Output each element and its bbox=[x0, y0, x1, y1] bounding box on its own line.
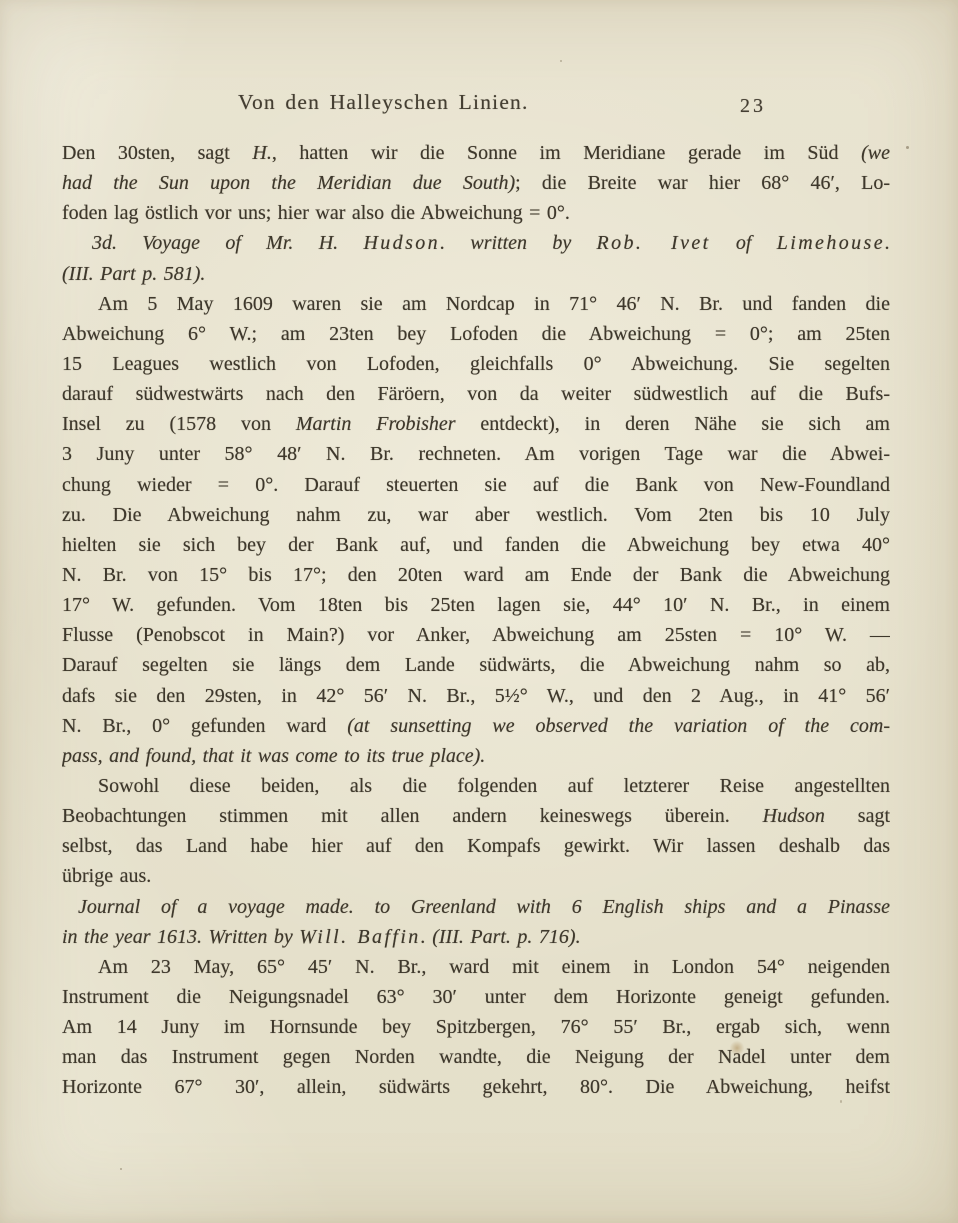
text-segment: zu. Die Abweichung nahm zu, war aber wes… bbox=[62, 504, 890, 526]
text-segment: ; die Breite war hier 68° 46′, Lo- bbox=[515, 172, 890, 194]
text-segment: darauf südwestwärts nach den Färöern, vo… bbox=[62, 383, 890, 405]
text-line: in the year 1613. Written by Will. Baffi… bbox=[62, 922, 890, 952]
text-line: Instrument die Neigungsnadel 63° 30′ unt… bbox=[62, 982, 890, 1012]
text-segment: (III. Part p. 581). bbox=[62, 263, 205, 285]
text-segment: . bbox=[885, 232, 890, 254]
text-segment: N. Br., 0° gefunden ward bbox=[62, 715, 347, 737]
text-segment: . (III. Part. p. 716). bbox=[421, 926, 581, 948]
text-segment: hielten sie sich bey der Bank auf, und f… bbox=[62, 534, 890, 556]
text-segment: Martin Frobisher bbox=[296, 413, 456, 435]
text-line: Horizonte 67° 30′, allein, südwärts geke… bbox=[62, 1072, 890, 1102]
text-segment: of bbox=[711, 232, 777, 254]
text-segment: Limehouse bbox=[777, 232, 885, 254]
text-segment: 15 Leagues westlich von Lofoden, gleichf… bbox=[62, 353, 890, 375]
text-segment: H. bbox=[252, 142, 271, 164]
paper-stain bbox=[730, 1040, 744, 1056]
text-segment: Abweichung 6° W.; am 23ten bey Lofoden d… bbox=[62, 323, 890, 345]
book-page-scan: Von den Halleyschen Linien. 23 Den 30ste… bbox=[0, 0, 958, 1223]
text-segment: entdeckt), in deren Nähe sie sich am bbox=[456, 413, 890, 435]
text-segment: chung wieder = 0°. Darauf steuerten sie … bbox=[62, 474, 890, 496]
text-segment: 3d. Voyage of Mr. H. bbox=[92, 232, 363, 254]
text-segment: in the year 1613. Written by bbox=[62, 926, 299, 948]
text-line: Flusse (Penobscot in Main?) vor Anker, A… bbox=[62, 620, 890, 650]
text-line: Am 23 May, 65° 45′ N. Br., ward mit eine… bbox=[62, 952, 890, 982]
page-number: 23 bbox=[740, 95, 766, 118]
text-segment: , hatten wir die Sonne im Meridiane gera… bbox=[272, 142, 861, 164]
text-segment: Instrument die Neigungsnadel 63° 30′ unt… bbox=[62, 986, 890, 1008]
text-segment: Am 14 Juny im Hornsunde bey Spitzbergen,… bbox=[62, 1016, 890, 1038]
text-segment: Sowohl diese beiden, als die folgenden a… bbox=[98, 775, 890, 797]
text-line: hielten sie sich bey der Bank auf, und f… bbox=[62, 530, 890, 560]
text-line: Insel zu (1578 von Martin Frobisher entd… bbox=[62, 409, 890, 439]
text-line: had the Sun upon the Meridian due South)… bbox=[62, 168, 890, 198]
text-line: darauf südwestwärts nach den Färöern, vo… bbox=[62, 379, 890, 409]
text-line: Beobachtungen stimmen mit allen andern k… bbox=[62, 801, 890, 831]
text-segment: Will. Baffin bbox=[299, 926, 420, 948]
text-segment: Den 30sten, sagt bbox=[62, 142, 252, 164]
text-segment: dafs sie den 29sten, in 42° 56′ N. Br., … bbox=[62, 685, 890, 707]
text-line: man das Instrument gegen Norden wandte, … bbox=[62, 1042, 890, 1072]
text-segment: pass, and found, that it was come to its… bbox=[62, 745, 485, 767]
text-line: Am 5 May 1609 waren sie am Nordcap in 71… bbox=[62, 289, 890, 319]
paper-speck bbox=[560, 60, 562, 62]
text-line: N. Br., 0° gefunden ward (at sunsetting … bbox=[62, 711, 890, 741]
text-segment: man das Instrument gegen Norden wandte, … bbox=[62, 1046, 890, 1068]
text-segment: 17° W. gefunden. Vom 18ten bis 25ten lag… bbox=[62, 594, 890, 616]
text-line: pass, and found, that it was come to its… bbox=[62, 741, 890, 771]
text-line: (III. Part p. 581). bbox=[62, 259, 890, 289]
text-line: Darauf segelten sie längs dem Lande südw… bbox=[62, 650, 890, 680]
text-line: Journal of a voyage made. to Greenland w… bbox=[62, 892, 890, 922]
text-line: 3d. Voyage of Mr. H. Hudson. written by … bbox=[62, 228, 890, 258]
text-segment: (we bbox=[861, 142, 890, 164]
page-title: Von den Halleyschen Linien. bbox=[238, 90, 529, 115]
text-segment: Insel zu (1578 von bbox=[62, 413, 296, 435]
paper-speck bbox=[906, 146, 909, 149]
text-segment: Hudson bbox=[363, 232, 440, 254]
text-line: dafs sie den 29sten, in 42° 56′ N. Br., … bbox=[62, 681, 890, 711]
text-line: 17° W. gefunden. Vom 18ten bis 25ten lag… bbox=[62, 590, 890, 620]
text-segment: Horizonte 67° 30′, allein, südwärts geke… bbox=[62, 1076, 890, 1098]
text-segment: Am 5 May 1609 waren sie am Nordcap in 71… bbox=[98, 293, 890, 315]
text-segment: Darauf segelten sie längs dem Lande südw… bbox=[62, 654, 890, 676]
text-line: Am 14 Juny im Hornsunde bey Spitzbergen,… bbox=[62, 1012, 890, 1042]
text-segment: had the Sun upon the Meridian due South) bbox=[62, 172, 515, 194]
text-line: zu. Die Abweichung nahm zu, war aber wes… bbox=[62, 500, 890, 530]
text-segment: Flusse (Penobscot in Main?) vor Anker, A… bbox=[62, 624, 890, 646]
text-segment: sagt bbox=[825, 805, 890, 827]
text-line: Sowohl diese beiden, als die folgenden a… bbox=[62, 771, 890, 801]
text-segment: übrige aus. bbox=[62, 865, 151, 887]
text-segment: Beobachtungen stimmen mit allen andern k… bbox=[62, 805, 763, 827]
paper-speck bbox=[840, 1100, 842, 1103]
text-segment: Journal of a voyage made. to Greenland w… bbox=[78, 896, 890, 918]
text-line: 15 Leagues westlich von Lofoden, gleichf… bbox=[62, 349, 890, 379]
text-segment: (at sunsetting we observed the variation… bbox=[347, 715, 890, 737]
text-segment: . written by bbox=[440, 232, 596, 254]
text-line: 3 Juny unter 58° 48′ N. Br. rechneten. A… bbox=[62, 439, 890, 469]
page-body: Den 30sten, sagt H., hatten wir die Sonn… bbox=[62, 138, 890, 1103]
paper-speck bbox=[120, 1168, 122, 1170]
text-line: foden lag östlich vor uns; hier war also… bbox=[62, 198, 890, 228]
text-segment: Hudson bbox=[763, 805, 825, 827]
text-line: chung wieder = 0°. Darauf steuerten sie … bbox=[62, 470, 890, 500]
text-segment: selbst, das Land habe hier auf den Kompa… bbox=[62, 835, 890, 857]
text-segment: 3 Juny unter 58° 48′ N. Br. rechneten. A… bbox=[62, 443, 890, 465]
text-line: N. Br. von 15° bis 17°; den 20ten ward a… bbox=[62, 560, 890, 590]
text-segment: Rob. Ivet bbox=[597, 232, 711, 254]
text-line: selbst, das Land habe hier auf den Kompa… bbox=[62, 831, 890, 861]
text-line: Abweichung 6° W.; am 23ten bey Lofoden d… bbox=[62, 319, 890, 349]
text-line: Den 30sten, sagt H., hatten wir die Sonn… bbox=[62, 138, 890, 168]
text-segment: Am 23 May, 65° 45′ N. Br., ward mit eine… bbox=[98, 956, 890, 978]
running-header: Von den Halleyschen Linien. 23 bbox=[0, 0, 958, 130]
text-line: übrige aus. bbox=[62, 861, 890, 891]
text-segment: N. Br. von 15° bis 17°; den 20ten ward a… bbox=[62, 564, 890, 586]
text-segment: foden lag östlich vor uns; hier war also… bbox=[62, 202, 570, 224]
